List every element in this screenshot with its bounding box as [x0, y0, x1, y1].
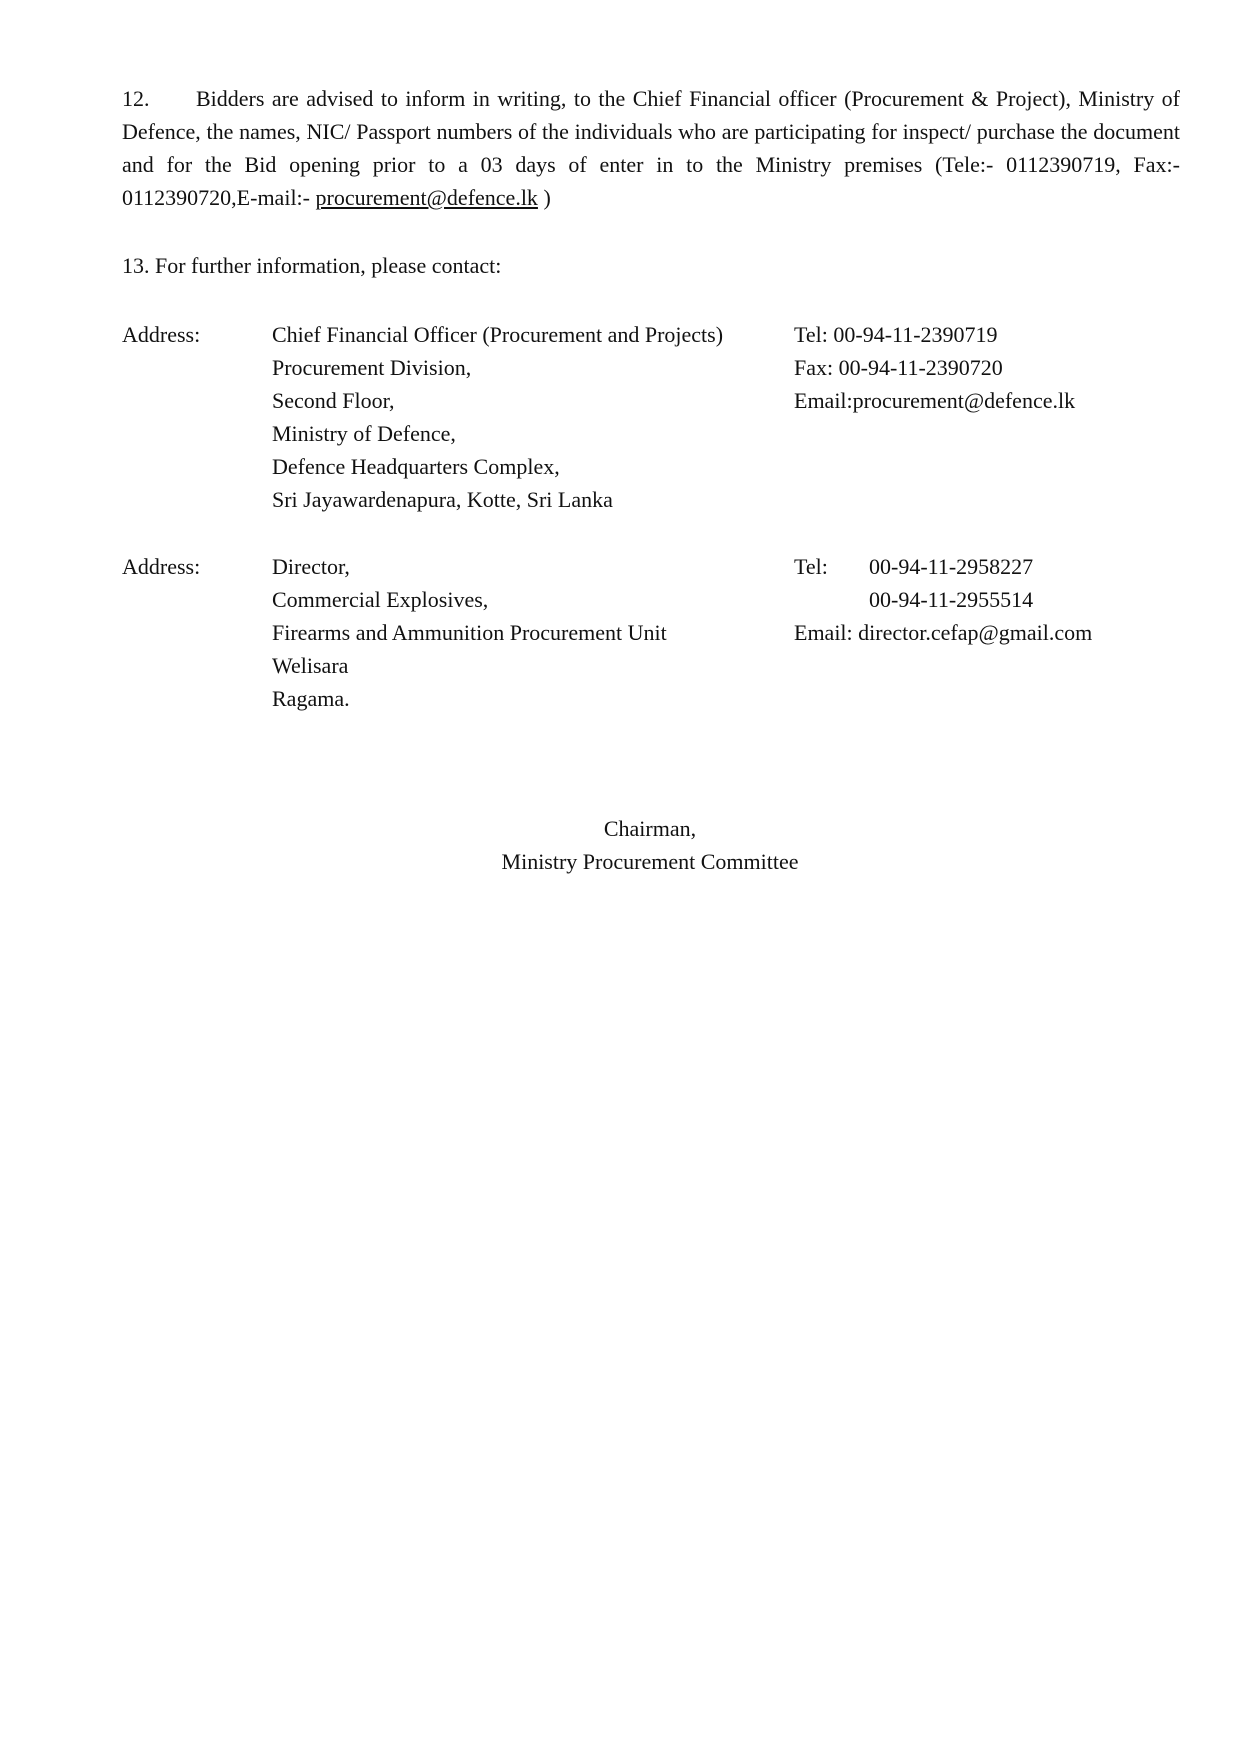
address-line: Ragama. — [272, 682, 667, 715]
contact-details: Tel: 00-94-11-2390719 Fax: 00-94-11-2390… — [794, 318, 1075, 417]
paragraph-12-number: 12. — [122, 82, 196, 115]
fax: Fax: 00-94-11-2390720 — [794, 351, 1075, 384]
address-line: Welisara — [272, 649, 667, 682]
telephone-2: 00-94-11-2955514 — [794, 583, 1092, 616]
contact-details: Tel:00-94-11-2958227 00-94-11-2955514 Em… — [794, 550, 1092, 649]
paragraph-12-text: Bidders are advised to inform in writing… — [122, 86, 1180, 210]
paragraph-13: 13. For further information, please cont… — [122, 253, 501, 279]
telephone-number: 00-94-11-2958227 — [869, 550, 1033, 583]
telephone-1: Tel:00-94-11-2958227 — [794, 550, 1092, 583]
signature-block: Chairman, Ministry Procurement Committee — [0, 812, 1240, 878]
signature-title: Chairman, — [0, 812, 1240, 845]
telephone-label: Tel: — [794, 550, 869, 583]
paragraph-12: 12.Bidders are advised to inform in writ… — [122, 82, 1180, 214]
address-line: Chief Financial Officer (Procurement and… — [272, 318, 723, 351]
signature-organization: Ministry Procurement Committee — [0, 845, 1240, 878]
address-label: Address: — [122, 550, 200, 583]
telephone: Tel: 00-94-11-2390719 — [794, 318, 1075, 351]
address-line: Second Floor, — [272, 384, 723, 417]
address-line: Director, — [272, 550, 667, 583]
address-line: Procurement Division, — [272, 351, 723, 384]
address-line: Firearms and Ammunition Procurement Unit — [272, 616, 667, 649]
telephone-number: 00-94-11-2955514 — [869, 583, 1033, 616]
address-line: Defence Headquarters Complex, — [272, 450, 723, 483]
paragraph-12-closing: ) — [538, 185, 551, 210]
address-line: Ministry of Defence, — [272, 417, 723, 450]
address-line: Commercial Explosives, — [272, 583, 667, 616]
email: Email: director.cefap@gmail.com — [794, 616, 1092, 649]
address-line: Sri Jayawardenapura, Kotte, Sri Lanka — [272, 483, 723, 516]
address-lines: Director, Commercial Explosives, Firearm… — [272, 550, 667, 715]
procurement-email-link[interactable]: procurement@defence.lk — [316, 185, 538, 210]
address-label: Address: — [122, 318, 200, 351]
address-lines: Chief Financial Officer (Procurement and… — [272, 318, 723, 516]
email: Email:procurement@defence.lk — [794, 384, 1075, 417]
